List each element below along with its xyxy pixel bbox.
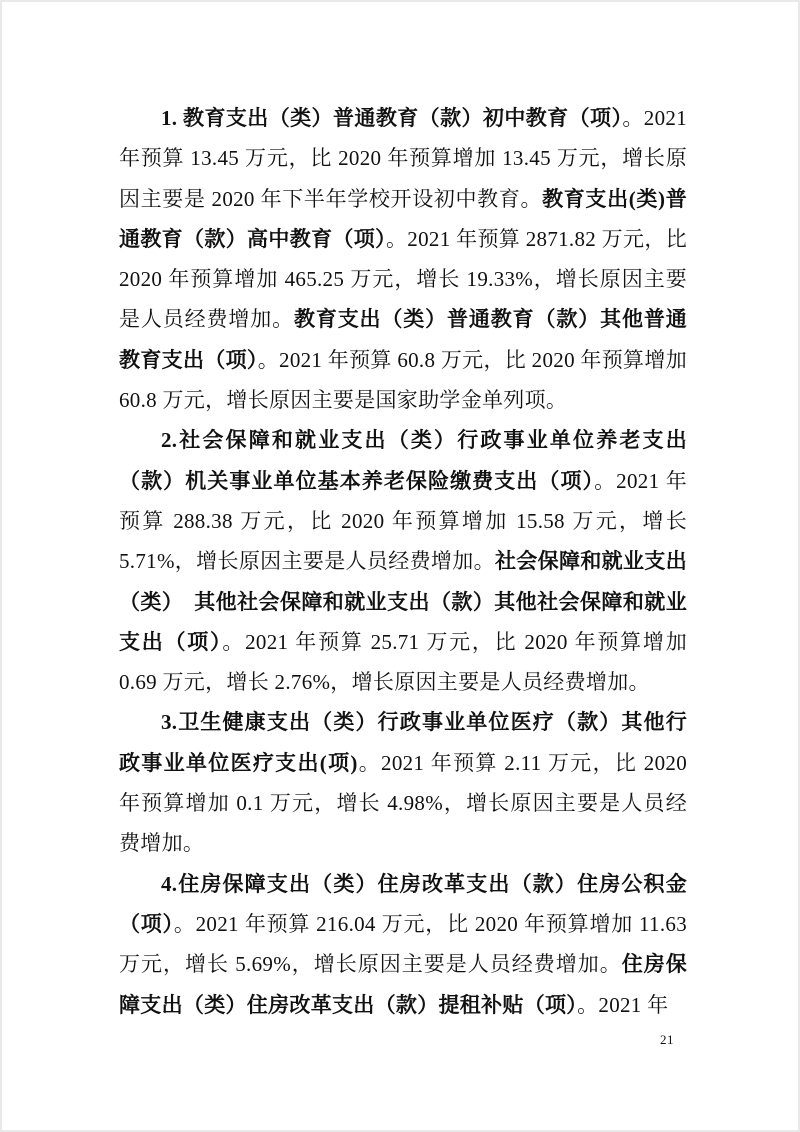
paragraph-social-security-expenditure: 2.社会保障和就业支出（类）行政事业单位养老支出（款）机关事业单位基本养老保险缴…: [119, 420, 687, 702]
text-run: 。2021 年: [577, 993, 668, 1017]
paragraph-health-expenditure: 3.卫生健康支出（类）行政事业单位医疗（款）其他行政事业单位医疗支出(项)。20…: [119, 702, 687, 863]
paragraph-housing-expenditure: 4.住房保障支出（类）住房改革支出（款）住房公积金（项）。2021 年预算 21…: [119, 864, 687, 1025]
document-body-text: 1. 教育支出（类）普通教育（款）初中教育（项）。2021 年预算 13.45 …: [119, 98, 687, 1025]
text-run: 1. 教育支出（类）普通教育（款）初中教育（项）: [161, 106, 622, 130]
page-number: 21: [660, 1031, 674, 1049]
paragraph-education-expenditure: 1. 教育支出（类）普通教育（款）初中教育（项）。2021 年预算 13.45 …: [119, 98, 687, 420]
document-page: 1. 教育支出（类）普通教育（款）初中教育（项）。2021 年预算 13.45 …: [0, 0, 800, 1132]
text-run: 。2021 年预算 216.04 万元，比 2020 年预算增加 11.63 万…: [119, 912, 687, 976]
